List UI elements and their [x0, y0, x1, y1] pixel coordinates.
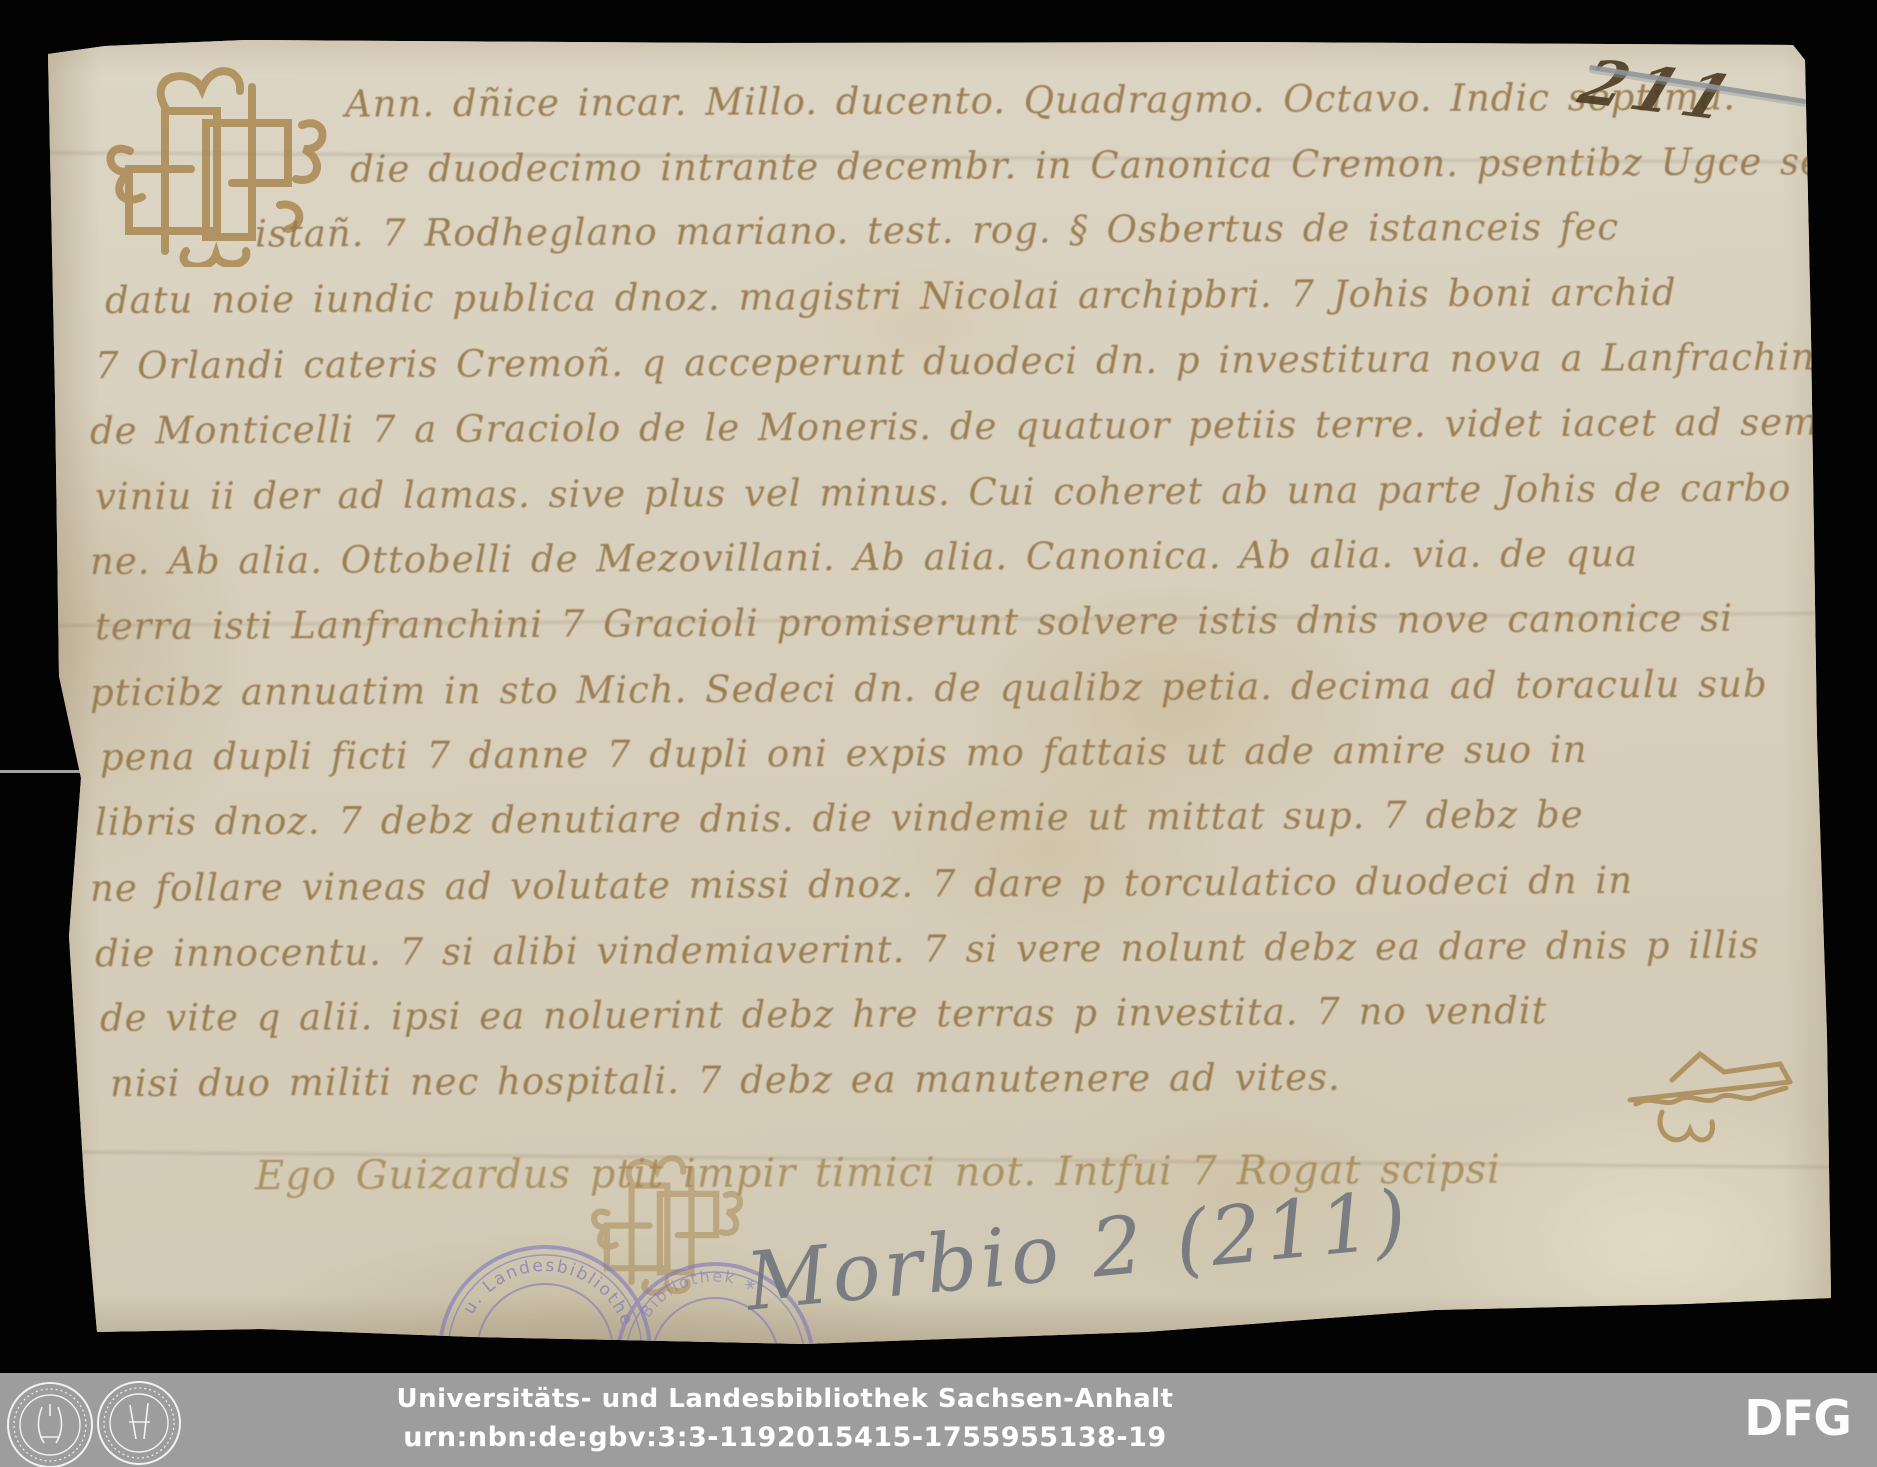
dfg-logo: DFG	[1744, 1390, 1851, 1448]
university-seals-icon	[2, 1377, 192, 1467]
manuscript-line: die duodecimo intrante decembr. in Canon…	[350, 140, 1823, 191]
manuscript-line: libris dnoz. 7 debz denutiare dnis. die …	[95, 793, 1584, 844]
scan-viewer: Ann. dñice incar. Millo. ducento. Quadra…	[0, 0, 1877, 1467]
manuscript-line: ne. Ab alia. Ottobelli de Mezovillani. A…	[90, 532, 1638, 583]
manuscript-line: nisi duo militi nec hospitali. 7 debz ea…	[110, 1056, 1341, 1105]
manuscript-line: viniu ii der ad lamas. sive plus vel min…	[95, 467, 1792, 519]
institution-name: Universitäts- und Landesbibliothek Sachs…	[397, 1384, 1174, 1414]
manuscript-line: Ann. dñice incar. Millo. ducento. Quadra…	[345, 75, 1736, 125]
manuscript-line: ne follare vineas ad volutate missi dnoz…	[90, 859, 1633, 910]
manuscript-line: datu noie iundic publica dnoz. magistri …	[105, 271, 1677, 322]
manuscript-line: terra isti Lanfranchini 7 Gracioli promi…	[95, 597, 1733, 649]
footer-text-block: Universitäts- und Landesbibliothek Sachs…	[397, 1384, 1174, 1453]
manuscript-line: istañ. 7 Rodheglano mariano. test. rog. …	[255, 205, 1619, 255]
svg-text:u. Landesbibliothek: u. Landesbibliothek	[420, 1225, 637, 1330]
manuscript-line: pena dupli ficti 7 danne 7 dupli oni exp…	[100, 728, 1588, 779]
stamp-text-right: Bibliothek ∗	[636, 1266, 762, 1321]
parchment-document: Ann. dñice incar. Millo. ducento. Quadra…	[45, 36, 1837, 1348]
manuscript-line: de vite q alii. ipsi ea noluerint debz h…	[100, 989, 1548, 1040]
manuscript-line: de Monticelli 7 a Graciolo de le Moneris…	[90, 400, 1877, 452]
manuscript-line: die innocentu. 7 si alibi vindemiaverint…	[95, 924, 1760, 976]
urn-identifier: urn:nbn:de:gbv:3:3-1192015415-1755955138…	[397, 1423, 1174, 1453]
svg-text:Bibliothek ∗: Bibliothek ∗	[636, 1266, 762, 1321]
paraph-mark-icon	[1612, 1040, 1802, 1172]
manuscript-line: 7 Orlandi cateris Cremoñ. q acceperunt d…	[95, 335, 1839, 387]
manuscript-line: pticibz annuatim in sto Mich. Sedeci dn.…	[90, 663, 1768, 715]
stamp-text-left: u. Landesbibliothek	[420, 1225, 637, 1330]
footer-bar: Universitäts- und Landesbibliothek Sachs…	[0, 1373, 1877, 1467]
scan-artifact-line	[0, 770, 86, 773]
